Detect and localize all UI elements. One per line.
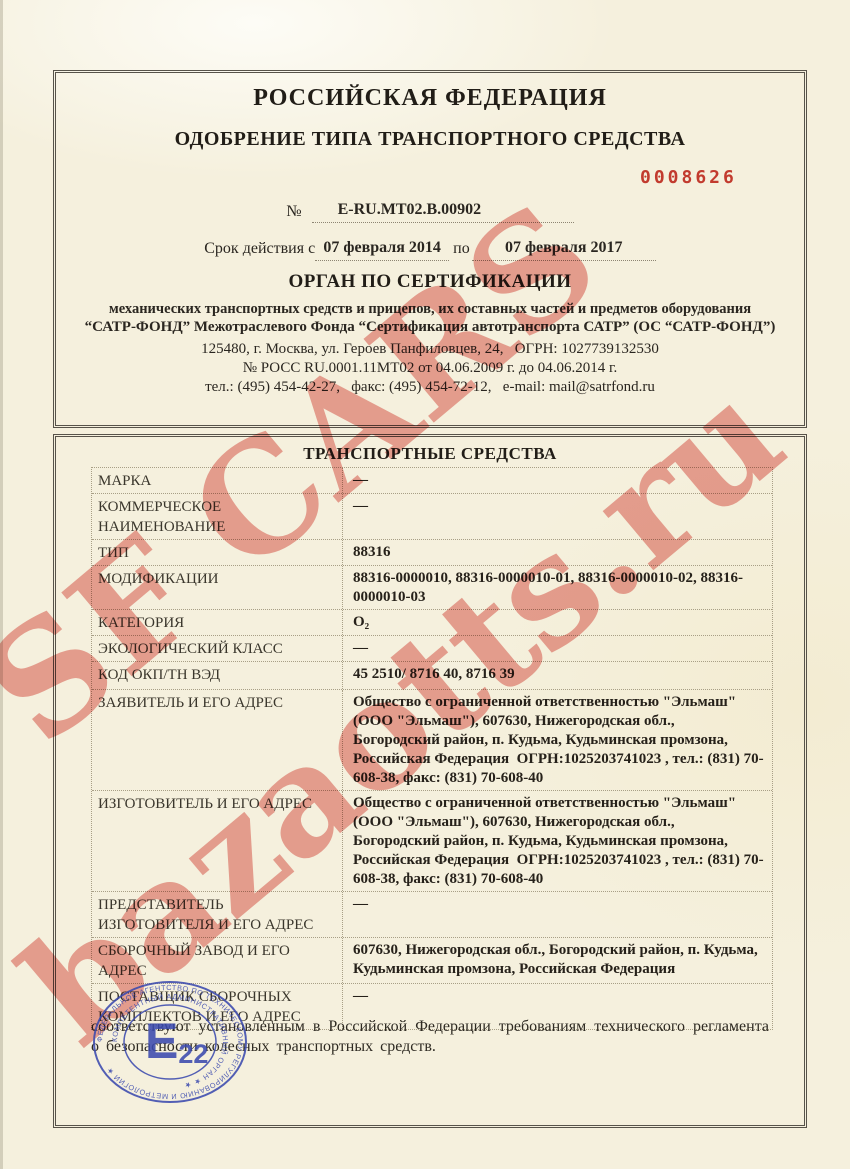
serial-number: 0008626 [640,167,737,188]
cert-body-line-2: “САТР-ФОНД” Межотраслевого Фонда “Сертиф… [64,319,796,336]
vehicles-table: МАРКА — КОММЕРЧЕСКОЕ НАИМЕНОВАНИЕ — ТИП … [91,467,773,1030]
row-label: МОДИФИКАЦИИ [92,566,342,609]
row-value: — [342,892,772,937]
row-value: О₂ [342,610,772,635]
page: { "document": { "country_title": "РОССИЙ… [0,0,850,1169]
table-row-applicant: ЗАЯВИТЕЛЬ И ЕГО АДРЕС Общество с огранич… [92,690,772,791]
row-label: ИЗГОТОВИТЕЛЬ И ЕГО АДРЕС [92,791,342,891]
cert-body-line-3: 125480, г. Москва, ул. Героев Панфиловце… [64,341,796,358]
validity-row: Срок действия с07 февраля 2014по07 февра… [56,239,804,261]
row-label: ЗАЯВИТЕЛЬ И ЕГО АДРЕС [92,690,342,790]
table-row-representative: ПРЕДСТАВИТЕЛЬ ИЗГОТОВИТЕЛЯ И ЕГО АДРЕС — [92,892,772,938]
table-row-eco-class: ЭКОЛОГИЧЕСКИЙ КЛАСС — [92,636,772,662]
row-label: КОММЕРЧЕСКОЕ НАИМЕНОВАНИЕ [92,494,342,539]
validity-from: 07 февраля 2014 [315,239,449,261]
row-value: 45 2510/ 8716 40, 8716 39 [342,662,772,689]
validity-to-label: по [449,240,472,261]
row-label: КАТЕГОРИЯ [92,610,342,635]
row-label: ТИП [92,540,342,565]
cert-body-line-1: механических транспортных средств и приц… [64,301,796,318]
table-row-commercial-name: КОММЕРЧЕСКОЕ НАИМЕНОВАНИЕ — [92,494,772,540]
doc-title: ОДОБРЕНИЕ ТИПА ТРАНСПОРТНОГО СРЕДСТВА [56,128,804,151]
stamp-e22-mark: Е22 [145,1013,208,1069]
country-title: РОССИЙСКАЯ ФЕДЕРАЦИЯ [56,85,804,112]
row-value: Общество с ограниченной ответственностью… [342,690,772,790]
cert-body-line-4: № РОСС RU.0001.11МТ02 от 04.06.2009 г. д… [64,360,796,377]
table-row-marka: МАРКА — [92,468,772,494]
table-row-modifications: МОДИФИКАЦИИ 88316-0000010, 88316-0000010… [92,566,772,610]
table-row-okp-code: КОД ОКП/ТН ВЭД 45 2510/ 8716 40, 8716 39 [92,662,772,690]
row-value: — [342,636,772,661]
vehicles-title: ТРАНСПОРТНЫЕ СРЕДСТВА [56,444,804,464]
page-edge-shading [0,0,3,1169]
row-label: ЭКОЛОГИЧЕСКИЙ КЛАСС [92,636,342,661]
approval-number-row: №E-RU.MT02.B.00902 [56,201,804,223]
row-value: Общество с ограниченной ответственностью… [342,791,772,891]
row-label: ПРЕДСТАВИТЕЛЬ ИЗГОТОВИТЕЛЯ И ЕГО АДРЕС [92,892,342,937]
row-value: — [342,468,772,493]
approval-number-value: E-RU.MT02.B.00902 [312,201,574,223]
header-box: РОССИЙСКАЯ ФЕДЕРАЦИЯ ОДОБРЕНИЕ ТИПА ТРАН… [53,70,807,428]
approval-number-label: № [286,203,311,223]
row-value: 88316-0000010, 88316-0000010-01, 88316-0… [342,566,772,609]
validity-to: 07 февраля 2017 [472,239,656,261]
row-value: 607630, Нижегородская обл., Богородский … [342,938,772,983]
table-row-manufacturer: ИЗГОТОВИТЕЛЬ И ЕГО АДРЕС Общество с огра… [92,791,772,892]
cert-body-line-5: тел.: (495) 454-42-27, факс: (495) 454-7… [64,379,796,396]
cert-body-title: ОРГАН ПО СЕРТИФИКАЦИИ [56,271,804,293]
e22-approval-stamp: ФЕДЕРАЛЬНОЕ АГЕНТСТВО ПО ТЕХНИЧЕСКОМУ РЕ… [90,977,250,1107]
table-row-type: ТИП 88316 [92,540,772,566]
row-value: 88316 [342,540,772,565]
row-value: — [342,494,772,539]
row-label: КОД ОКП/ТН ВЭД [92,662,342,689]
validity-prefix: Срок действия с [204,240,315,261]
table-row-category: КАТЕГОРИЯ О₂ [92,610,772,636]
row-label: МАРКА [92,468,342,493]
